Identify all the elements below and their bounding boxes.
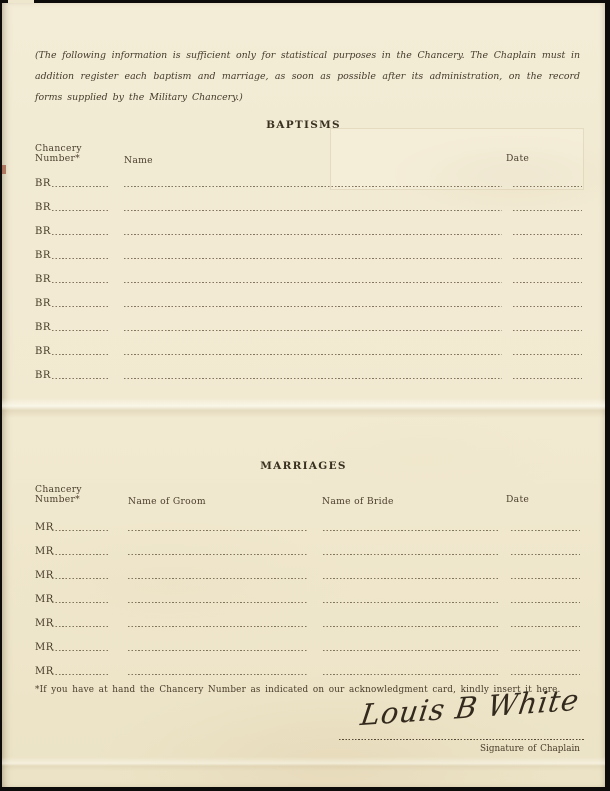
edge-stain <box>2 165 6 174</box>
marriage-bride-line <box>323 601 499 603</box>
marriage-date-line <box>511 553 580 555</box>
paper-sheet: (The following information is sufficient… <box>2 3 605 787</box>
marriage-chancery-number-line <box>52 625 109 627</box>
baptisms-rows: BR BR BR BR <box>2 167 605 383</box>
baptism-row: BR <box>2 335 605 359</box>
baptism-date-line <box>513 377 582 379</box>
baptism-chancery-number-line <box>52 233 109 235</box>
baptism-row-prefix: BR <box>35 202 51 213</box>
marriage-groom-line <box>128 577 307 579</box>
baptisms-title: BAPTISMS <box>2 119 605 131</box>
marriage-date-line <box>511 625 580 627</box>
baptisms-col-date: Date <box>506 153 529 164</box>
baptism-chancery-number-line <box>52 377 109 379</box>
marriage-row-prefix: MR <box>35 666 54 677</box>
baptism-chancery-number-line <box>52 329 109 331</box>
baptism-name-line <box>124 353 502 355</box>
marriage-bride-line <box>323 649 499 651</box>
marriage-date-line <box>511 529 580 531</box>
baptism-row-prefix: BR <box>35 322 51 333</box>
baptism-row: BR <box>2 263 605 287</box>
baptism-date-line <box>513 209 582 211</box>
marriage-bride-line <box>323 529 499 531</box>
baptism-row: BR <box>2 239 605 263</box>
baptism-row-prefix: BR <box>35 274 51 285</box>
baptism-row-prefix: BR <box>35 346 51 357</box>
marriage-row: MR <box>2 655 605 679</box>
baptism-chancery-number-line <box>52 305 109 307</box>
marriage-row-prefix: MR <box>35 522 54 533</box>
marriage-bride-line <box>323 553 499 555</box>
marriage-groom-line <box>128 529 307 531</box>
baptism-row: BR <box>2 287 605 311</box>
baptism-date-line <box>513 185 582 187</box>
marriage-bride-line <box>323 577 499 579</box>
baptism-name-line <box>124 233 502 235</box>
marriage-date-line <box>511 601 580 603</box>
baptism-name-line <box>124 257 502 259</box>
baptism-date-line <box>513 329 582 331</box>
marriage-row: MR <box>2 583 605 607</box>
marriage-groom-line <box>128 601 307 603</box>
baptism-date-line <box>513 353 582 355</box>
baptism-chancery-number-line <box>52 185 109 187</box>
marriage-date-line <box>511 577 580 579</box>
intro-note: (The following information is sufficient… <box>35 45 580 108</box>
marriage-row-prefix: MR <box>35 642 54 653</box>
baptism-name-line <box>124 185 502 187</box>
baptism-row: BR <box>2 191 605 215</box>
marriage-bride-line <box>323 673 499 675</box>
baptism-chancery-number-line <box>52 281 109 283</box>
baptism-row-prefix: BR <box>35 226 51 237</box>
marriage-row: MR <box>2 559 605 583</box>
baptism-chancery-number-line <box>52 209 109 211</box>
marriage-row: MR <box>2 631 605 655</box>
baptism-name-line <box>124 329 502 331</box>
baptism-name-line <box>124 281 502 283</box>
marriage-chancery-number-line <box>52 601 109 603</box>
baptism-date-line <box>513 257 582 259</box>
baptism-date-line <box>513 281 582 283</box>
marriage-groom-line <box>128 625 307 627</box>
marriages-col-number: Number* <box>35 494 80 505</box>
baptism-chancery-number-line <box>52 257 109 259</box>
scanned-form-page: { "document": { "intro_note": "(The foll… <box>0 0 610 791</box>
baptism-name-line <box>124 305 502 307</box>
baptism-row-prefix: BR <box>35 178 51 189</box>
marriage-groom-line <box>128 553 307 555</box>
marriage-row-prefix: MR <box>35 594 54 605</box>
marriage-date-line <box>511 649 580 651</box>
baptism-chancery-number-line <box>52 353 109 355</box>
marriage-row-prefix: MR <box>35 618 54 629</box>
fold-crease-bottom <box>2 757 605 771</box>
paper-edge-notch <box>8 0 34 3</box>
marriage-row-prefix: MR <box>35 546 54 557</box>
marriage-chancery-number-line <box>52 577 109 579</box>
marriage-groom-line <box>128 673 307 675</box>
marriage-chancery-number-line <box>52 553 109 555</box>
marriage-chancery-number-line <box>52 673 109 675</box>
marriages-col-bride: Name of Bride <box>322 496 394 507</box>
marriages-title: MARRIAGES <box>2 460 605 472</box>
marriages-rows: MR MR MR MR <box>2 511 605 679</box>
marriage-chancery-number-line <box>52 529 109 531</box>
marriage-row: MR <box>2 511 605 535</box>
marriage-date-line <box>511 673 580 675</box>
baptisms-col-number: Number* <box>35 153 80 164</box>
signature-caption: Signature of Chaplain <box>480 744 580 754</box>
marriage-row-prefix: MR <box>35 570 54 581</box>
baptism-name-line <box>124 209 502 211</box>
baptism-row: BR <box>2 167 605 191</box>
marriages-col-date: Date <box>506 494 529 505</box>
marriage-bride-line <box>323 625 499 627</box>
baptism-name-line <box>124 377 502 379</box>
baptism-date-line <box>513 305 582 307</box>
marriages-col-groom: Name of Groom <box>128 496 206 507</box>
marriage-row: MR <box>2 607 605 631</box>
baptism-row: BR <box>2 311 605 335</box>
marriage-row: MR <box>2 535 605 559</box>
marriage-groom-line <box>128 649 307 651</box>
baptism-date-line <box>513 233 582 235</box>
baptism-row-prefix: BR <box>35 250 51 261</box>
baptism-row-prefix: BR <box>35 370 51 381</box>
baptism-row-prefix: BR <box>35 298 51 309</box>
baptism-row: BR <box>2 359 605 383</box>
signature-line <box>339 739 584 740</box>
baptism-row: BR <box>2 215 605 239</box>
marriage-chancery-number-line <box>52 649 109 651</box>
fold-crease <box>2 398 605 418</box>
baptisms-col-name: Name <box>124 155 153 166</box>
